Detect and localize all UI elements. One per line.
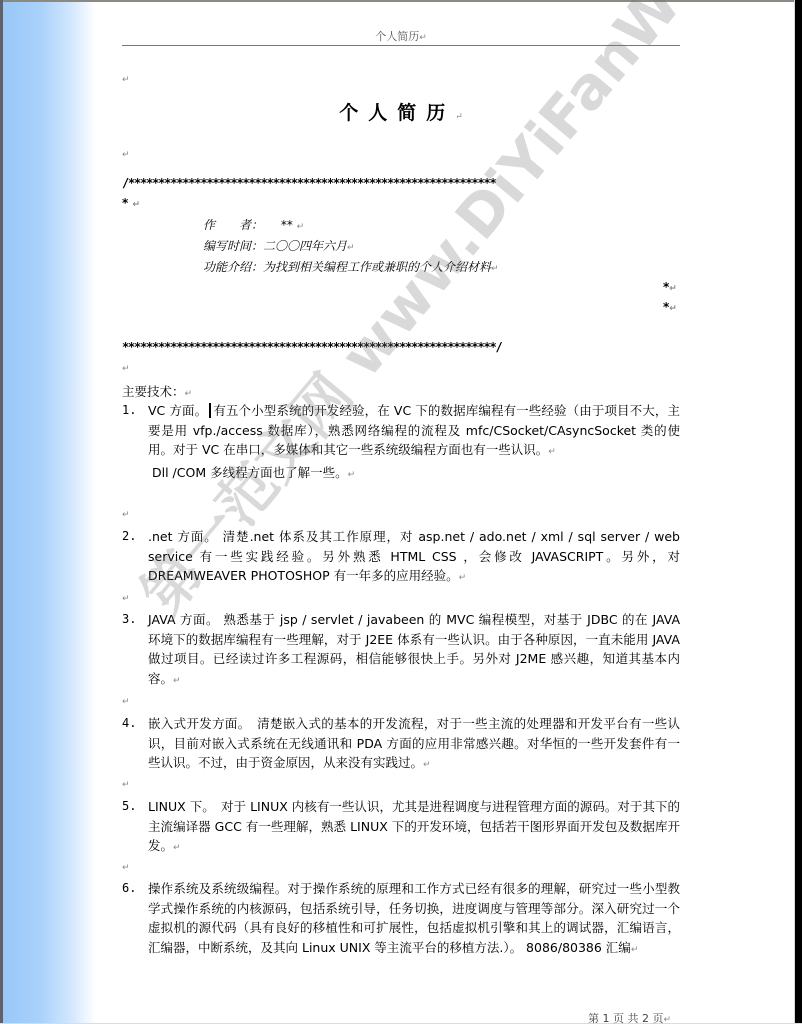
paragraph-mark-icon: ↵ — [669, 284, 677, 294]
item-body: VC 方面。有五个小型系统的开发经验，在 VC 下的数据库编程有一些经验（由于项… — [148, 401, 680, 463]
comment-bottom-border: ****************************************… — [122, 340, 680, 354]
paragraph-mark-icon: ↵ — [132, 200, 140, 210]
item-text: 有五个小型系统的开发经验，在 VC 下的数据库编程有一些经验（由于项目不大，主要… — [148, 403, 680, 457]
header-rule — [122, 45, 680, 46]
item-number: 2. — [122, 527, 136, 547]
item-number: 4. — [122, 714, 136, 734]
skill-item-dotnet: 2. .net 方面。 清楚.net 体系及其工作原理，对 asp.net / … — [122, 527, 680, 589]
item-body: LINUX 下。 对于 LINUX 内核有一些认识，尤其是进程调度与进程管理方面… — [148, 797, 680, 859]
item-body: .net 方面。 清楚.net 体系及其工作原理，对 asp.net / ado… — [148, 527, 680, 589]
purpose-value: 为找到相关编程工作或兼职的个人介绍材料 — [263, 260, 491, 274]
item-extra-text: Dll /COM 多线程方面也了解一些。 — [152, 465, 348, 480]
item-text: 嵌入式开发方面。 清楚嵌入式的基本的开发流程，对于一些主流的处理器和开发平台有一… — [148, 716, 680, 770]
paragraph-mark-icon: ↵ — [419, 33, 427, 43]
comment-right-star-1: *↵ — [663, 280, 677, 294]
page-footer: 第 1 页 共 2 页↵ — [588, 1010, 671, 1024]
date-value: 二〇〇四年六月 — [263, 239, 347, 253]
paragraph-mark-icon: ↵ — [122, 75, 130, 85]
item-extra: Dll /COM 多线程方面也了解一些。↵ — [152, 463, 680, 486]
paragraph-mark-icon: ↵ — [423, 760, 431, 770]
item-text: LINUX 下。 对于 LINUX 内核有一些认识，尤其是进程调度与进程管理方面… — [148, 799, 680, 853]
paragraph-mark-icon: ↵ — [173, 843, 181, 853]
paragraph-mark-icon: ↵ — [122, 863, 130, 873]
header-text: 个人简历 — [375, 30, 419, 43]
item-heading: VC 方面。 — [148, 403, 207, 418]
item-text: .net 方面。 清楚.net 体系及其工作原理，对 asp.net / ado… — [148, 529, 680, 583]
author-line: 作 者： ** ↵ — [203, 216, 304, 233]
comment-right-star-2: *↵ — [663, 300, 677, 314]
paragraph-mark-icon: ↵ — [173, 676, 181, 686]
skill-item-java: 3. JAVA 方面。 熟悉基于 jsp / servlet / javabee… — [122, 610, 680, 691]
paragraph-mark-icon: ↵ — [297, 222, 305, 232]
item-body: 操作系统及系统级编程。对于操作系统的原理和工作方式已经有很多的理解，研究过一些小… — [148, 879, 680, 960]
comment-top-border-end: * ↵ — [122, 196, 140, 210]
paragraph-mark-icon: ↵ — [669, 304, 677, 314]
item-body: JAVA 方面。 熟悉基于 jsp / servlet / javabeen 的… — [148, 610, 680, 691]
date-label: 编写时间： — [203, 239, 263, 253]
page-number: 第 1 页 共 2 页 — [588, 1012, 663, 1024]
item-text: 操作系统及系统级编程。对于操作系统的原理和工作方式已经有很多的理解，研究过一些小… — [148, 881, 680, 955]
item-number: 1. — [122, 401, 136, 421]
paragraph-mark-icon: ↵ — [122, 364, 130, 374]
author-label: 作 者： — [203, 218, 263, 232]
item-number: 3. — [122, 610, 136, 630]
purpose-line: 功能介绍：为找到相关编程工作或兼职的个人介绍材料↵ — [203, 258, 499, 275]
paragraph-mark-icon: ↵ — [122, 697, 130, 707]
item-number: 5. — [122, 797, 136, 817]
paragraph-mark-icon: ↵ — [455, 112, 463, 122]
paragraph-mark-icon: ↵ — [185, 389, 193, 399]
skill-item-embedded: 4. 嵌入式开发方面。 清楚嵌入式的基本的开发流程，对于一些主流的处理器和开发平… — [122, 714, 680, 776]
star-char: * — [122, 196, 128, 210]
section-main-skills: 主要技术：↵ — [122, 382, 192, 400]
item-text: JAVA 方面。 熟悉基于 jsp / servlet / javabeen 的… — [148, 612, 680, 686]
paragraph-mark-icon: ↵ — [631, 945, 639, 955]
paragraph-mark-icon: ↵ — [459, 573, 467, 583]
paragraph-mark-icon: ↵ — [663, 1015, 671, 1024]
text-cursor — [209, 403, 211, 418]
paragraph-mark-icon: ↵ — [122, 780, 130, 790]
section-label: 主要技术： — [122, 384, 185, 399]
item-body: 嵌入式开发方面。 清楚嵌入式的基本的开发流程，对于一些主流的处理器和开发平台有一… — [148, 714, 680, 776]
paragraph-mark-icon: ↵ — [548, 447, 556, 457]
paragraph-mark-icon: ↵ — [122, 510, 130, 520]
purpose-label: 功能介绍： — [203, 260, 263, 274]
skill-item-linux: 5. LINUX 下。 对于 LINUX 内核有一些认识，尤其是进程调度与进程管… — [122, 797, 680, 859]
paragraph-mark-icon: ↵ — [491, 264, 499, 274]
skill-item-vc: 1. VC 方面。有五个小型系统的开发经验，在 VC 下的数据库编程有一些经验（… — [122, 401, 680, 485]
document-title: 个人简历↵ — [122, 98, 680, 125]
item-number: 6. — [122, 879, 136, 899]
paragraph-mark-icon: ↵ — [122, 594, 130, 604]
paragraph-mark-icon: ↵ — [348, 470, 356, 480]
date-line: 编写时间：二〇〇四年六月↵ — [203, 237, 355, 254]
paragraph-mark-icon: ↵ — [122, 150, 130, 160]
skill-item-os: 6. 操作系统及系统级编程。对于操作系统的原理和工作方式已经有很多的理解，研究过… — [122, 879, 680, 960]
title-text: 个人简历 — [339, 102, 455, 124]
comment-top-border: /***************************************… — [122, 176, 680, 190]
paragraph-mark-icon: ↵ — [347, 243, 355, 253]
document-page[interactable]: 个人简历↵ ↵ 个人简历↵ ↵ /***********************… — [0, 0, 802, 1024]
page-header: 个人简历↵ — [122, 28, 680, 44]
author-value: ** — [281, 218, 293, 232]
